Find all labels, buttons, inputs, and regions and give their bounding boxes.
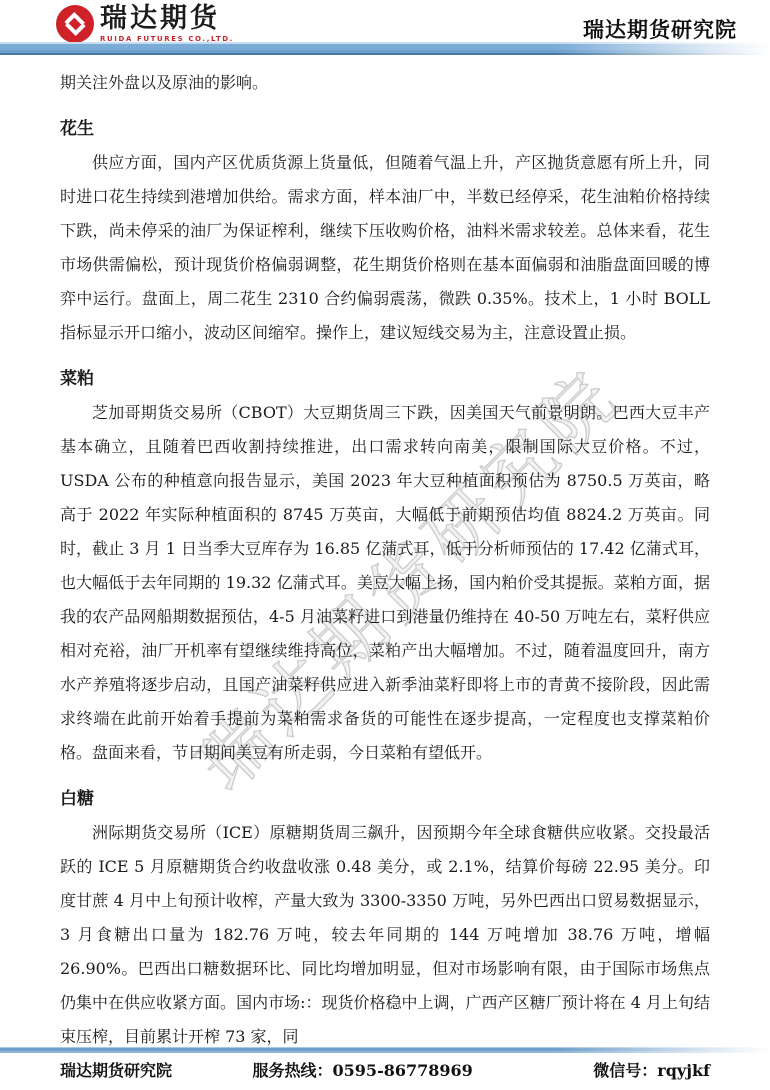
footer-institute: 瑞达期货研究院 (60, 1058, 172, 1081)
section-paragraph: 芝加哥期货交易所（CBOT）大豆期货周三下跌，因美国天气前景明朗。巴西大豆丰产基… (60, 396, 710, 770)
ruida-logo-icon (55, 4, 95, 44)
logo-text-block: 瑞达期货 RUIDA FUTURES CO.,LTD. (100, 4, 234, 43)
brand-name: 瑞达期货 (100, 4, 234, 34)
footer-wechat: 微信号：rqyjkf (593, 1058, 710, 1081)
section-white-sugar: 白糖 洲际期货交易所（ICE）原糖期货周三飙升，因预期今年全球食糖供应收紧。交投… (60, 782, 710, 1054)
report-body: 期关注外盘以及原油的影响。 花生 供应方面，国内产区优质货源上货量低，但随着气温… (60, 66, 710, 1054)
section-title: 白糖 (60, 782, 710, 816)
page-footer: 瑞达期货研究院 服务热线：0595-86778969 微信号：rqyjkf (60, 1058, 710, 1081)
section-paragraph: 洲际期货交易所（ICE）原糖期货周三飙升，因预期今年全球食糖供应收紧。交投最活跃… (60, 816, 710, 1054)
section-title: 菜粕 (60, 362, 710, 396)
intro-paragraph: 期关注外盘以及原油的影响。 (60, 66, 710, 100)
header-divider-bar (0, 42, 770, 55)
institute-title: 瑞达期货研究院 (583, 14, 737, 44)
section-peanut: 花生 供应方面，国内产区优质货源上货量低，但随着气温上升，产区抛货意愿有所上升，… (60, 112, 710, 350)
footer-hotline: 服务热线：0595-86778969 (253, 1058, 473, 1081)
section-rapeseed-meal: 菜粕 芝加哥期货交易所（CBOT）大豆期货周三下跌，因美国天气前景明朗。巴西大豆… (60, 362, 710, 770)
section-paragraph: 供应方面，国内产区优质货源上货量低，但随着气温上升，产区抛货意愿有所上升，同时进… (60, 146, 710, 350)
report-page: 瑞达期货 RUIDA FUTURES CO.,LTD. 瑞达期货研究院 瑞达期货… (0, 0, 770, 1090)
section-title: 花生 (60, 112, 710, 146)
company-logo: 瑞达期货 RUIDA FUTURES CO.,LTD. (55, 4, 234, 44)
page-header: 瑞达期货 RUIDA FUTURES CO.,LTD. 瑞达期货研究院 (0, 0, 770, 42)
